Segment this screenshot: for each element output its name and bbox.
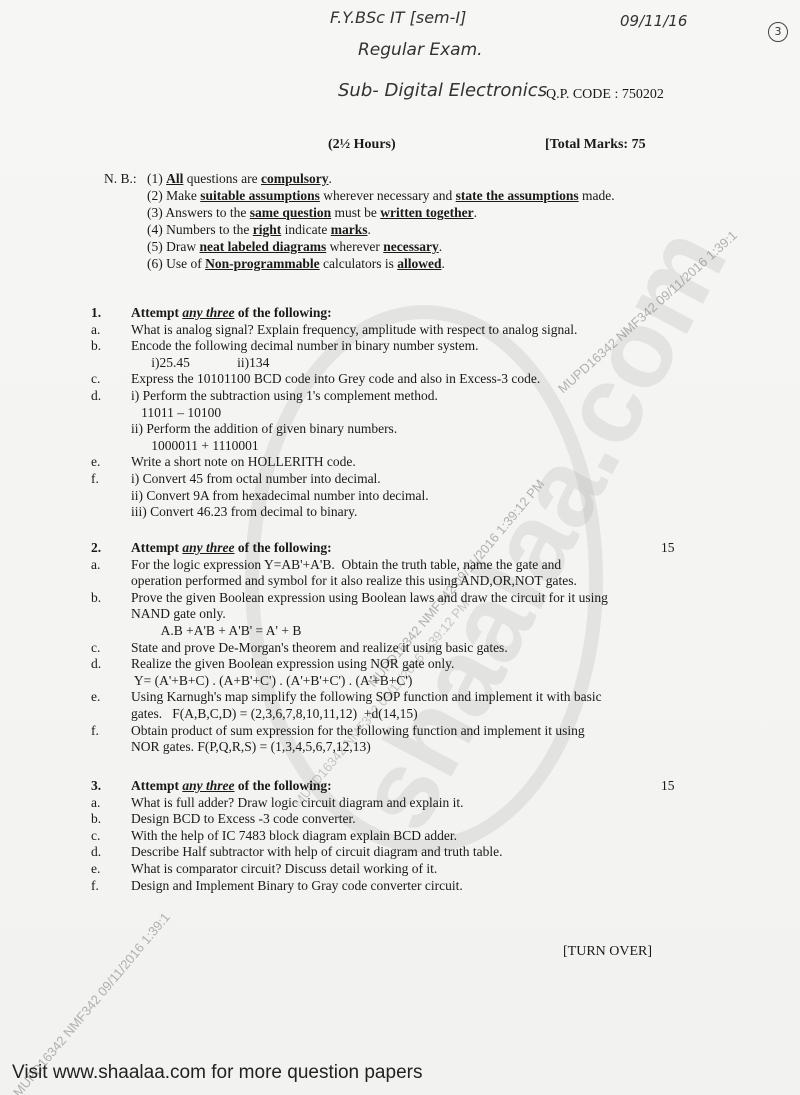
- note-number: (1): [147, 171, 166, 186]
- sub-question-label: b.: [91, 338, 101, 354]
- question-number: 3.: [91, 778, 101, 794]
- note-text: must be: [331, 205, 380, 220]
- sub-question-text: ii) Perform the addition of given binary…: [131, 421, 397, 437]
- sub-question-label: c.: [91, 371, 100, 387]
- note-text: .: [367, 222, 370, 237]
- qp-code: Q.P. CODE : 750202: [546, 87, 664, 103]
- note-number: (5): [147, 239, 166, 254]
- note-emphasis: written together: [380, 205, 473, 220]
- sub-question-text: Using Karnugh's map simplify the followi…: [131, 689, 602, 705]
- note-text: Use of: [166, 256, 205, 271]
- sub-question-label: e.: [91, 861, 100, 877]
- sub-question-label: f.: [91, 471, 99, 487]
- sub-question-label: e.: [91, 454, 100, 470]
- footer-link[interactable]: Visit www.shaalaa.com for more question …: [12, 1062, 422, 1084]
- sub-question-text: NOR gates. F(P,Q,R,S) = (1,3,4,5,6,7,12,…: [131, 739, 371, 755]
- note-number: (6): [147, 256, 166, 271]
- note-number: (4): [147, 222, 166, 237]
- sub-question-label: a.: [91, 557, 100, 573]
- sub-question-label: b.: [91, 590, 101, 606]
- note-text: .: [329, 171, 332, 186]
- note-text: Make: [166, 188, 200, 203]
- sub-question-text: 11011 – 10100: [131, 405, 221, 421]
- sub-question-text: i) Perform the subtraction using 1's com…: [131, 388, 438, 404]
- note-emphasis: right: [253, 222, 282, 237]
- sub-question-text: For the logic expression Y=AB'+A'B. Obta…: [131, 557, 561, 573]
- note-number: (3): [147, 205, 165, 220]
- exam-duration: (2½ Hours): [328, 137, 396, 153]
- sub-question-text: ii) Convert 9A from hexadecimal number i…: [131, 488, 429, 504]
- question-heading: Attempt any three of the following:: [131, 305, 332, 321]
- handwritten-subject: Sub- Digital Electronics: [338, 80, 547, 101]
- note-text: wherever necessary and: [320, 188, 456, 203]
- turn-over-label: [TURN OVER]: [563, 944, 652, 960]
- question-number: 1.: [91, 305, 101, 321]
- note-text: wherever: [326, 239, 383, 254]
- sub-question-text: A.B +A'B + A'B' = A' + B: [131, 623, 301, 639]
- note-emphasis: suitable assumptions: [200, 188, 320, 203]
- sub-question-label: b.: [91, 811, 101, 827]
- sub-question-text: What is analog signal? Explain frequency…: [131, 322, 577, 338]
- note-text: made.: [579, 188, 615, 203]
- handwritten-date: 09/11/16: [620, 12, 687, 30]
- sub-question-text: NAND gate only.: [131, 606, 226, 622]
- note-item: (3) Answers to the same question must be…: [147, 205, 477, 221]
- sub-question-label: e.: [91, 689, 100, 705]
- note-emphasis: same question: [250, 205, 331, 220]
- sub-question-text: iii) Convert 46.23 from decimal to binar…: [131, 504, 357, 520]
- sub-question-label: d.: [91, 656, 101, 672]
- sub-question-text: Realize the given Boolean expression usi…: [131, 656, 454, 672]
- sub-question-text: What is full adder? Draw logic circuit d…: [131, 795, 464, 811]
- note-text: .: [474, 205, 477, 220]
- sub-question-text: Design BCD to Excess -3 code converter.: [131, 811, 356, 827]
- sub-question-label: d.: [91, 844, 101, 860]
- note-item: (4) Numbers to the right indicate marks.: [147, 222, 371, 238]
- note-item: (6) Use of Non-programmable calculators …: [147, 256, 445, 272]
- sub-question-text: Express the 10101100 BCD code into Grey …: [131, 371, 540, 387]
- sub-question-text: Design and Implement Binary to Gray code…: [131, 878, 463, 894]
- note-text: calculators is: [320, 256, 398, 271]
- sub-question-text: Write a short note on HOLLERITH code.: [131, 454, 356, 470]
- sub-question-text: Prove the given Boolean expression using…: [131, 590, 608, 606]
- note-emphasis: neat labeled diagrams: [200, 239, 327, 254]
- note-text: indicate: [281, 222, 330, 237]
- sub-question-label: c.: [91, 640, 100, 656]
- question-marks: 15: [661, 540, 675, 556]
- total-marks: [Total Marks: 75: [545, 137, 646, 153]
- handwritten-exam-type: Regular Exam.: [358, 40, 483, 60]
- note-text: Answers to the: [165, 205, 249, 220]
- note-emphasis: allowed: [397, 256, 441, 271]
- sub-question-label: a.: [91, 322, 100, 338]
- note-text: questions are: [183, 171, 261, 186]
- sub-question-text: i) Convert 45 from octal number into dec…: [131, 471, 381, 487]
- sub-question-label: a.: [91, 795, 100, 811]
- note-item: (5) Draw neat labeled diagrams wherever …: [147, 239, 442, 255]
- sub-question-text: gates. F(A,B,C,D) = (2,3,6,7,8,10,11,12)…: [131, 706, 418, 722]
- sub-question-text: State and prove De-Morgan's theorem and …: [131, 640, 508, 656]
- sub-question-text: Encode the following decimal number in b…: [131, 338, 479, 354]
- note-emphasis: All: [166, 171, 183, 186]
- note-number: (2): [147, 188, 166, 203]
- sub-question-text: Obtain product of sum expression for the…: [131, 723, 585, 739]
- note-text: Draw: [166, 239, 199, 254]
- sub-question-text: Y= (A'+B+C) . (A+B'+C') . (A'+B'+C') . (…: [131, 673, 412, 689]
- question-number: 2.: [91, 540, 101, 556]
- sub-question-label: c.: [91, 828, 100, 844]
- exam-page: shaalaa.com MUPD16342 NMF342 09/11/2016 …: [0, 0, 800, 1095]
- handwritten-course: F.Y.BSc IT [sem-I]: [330, 8, 466, 27]
- notes-label: N. B.:: [104, 171, 137, 187]
- note-text: .: [439, 239, 442, 254]
- note-item: (2) Make suitable assumptions wherever n…: [147, 188, 615, 204]
- sub-question-label: d.: [91, 388, 101, 404]
- note-emphasis: necessary: [383, 239, 438, 254]
- sub-question-text: 1000011 + 1110001: [131, 438, 259, 454]
- note-text: .: [442, 256, 445, 271]
- sub-question-text: i)25.45 ii)134: [131, 355, 269, 371]
- sub-question-label: f.: [91, 723, 99, 739]
- sub-question-text: With the help of IC 7483 block diagram e…: [131, 828, 457, 844]
- page-number-badge: 3: [768, 22, 788, 42]
- note-text: Numbers to the: [166, 222, 253, 237]
- question-heading: Attempt any three of the following:: [131, 778, 332, 794]
- question-marks: 15: [661, 778, 675, 794]
- question-heading: Attempt any three of the following:: [131, 540, 332, 556]
- note-emphasis: compulsory: [261, 171, 329, 186]
- note-item: (1) All questions are compulsory.: [147, 171, 332, 187]
- sub-question-label: f.: [91, 878, 99, 894]
- sub-question-text: operation performed and symbol for it al…: [131, 573, 577, 589]
- sub-question-text: What is comparator circuit? Discuss deta…: [131, 861, 437, 877]
- sub-question-text: Describe Half subtractor with help of ci…: [131, 844, 503, 860]
- note-emphasis: Non-programmable: [205, 256, 320, 271]
- note-emphasis: marks: [331, 222, 368, 237]
- note-emphasis: state the assumptions: [456, 188, 579, 203]
